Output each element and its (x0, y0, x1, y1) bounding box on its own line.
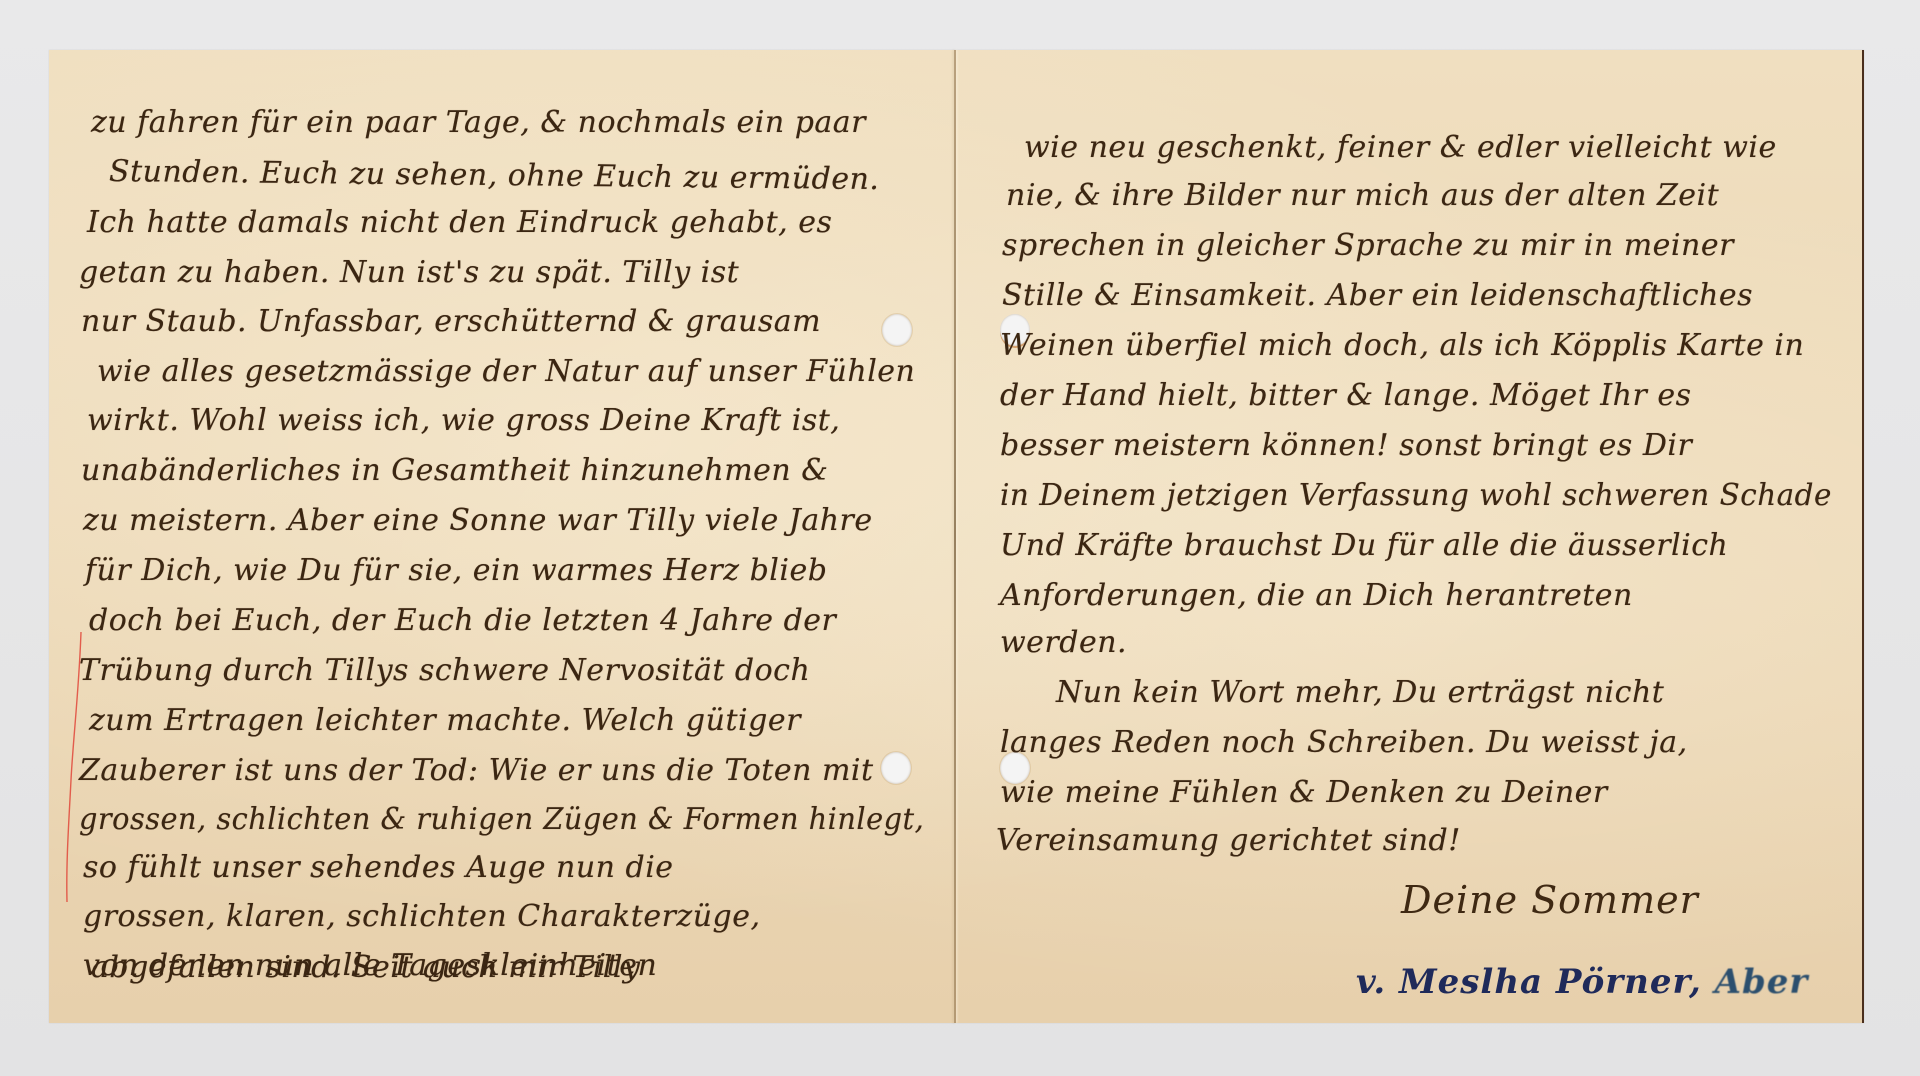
annotation-text: v. Meslha Pörner, (1356, 962, 1702, 1002)
handwritten-line: Und Kräfte brauchst Du für alle die äuss… (1000, 528, 1728, 563)
handwritten-line: doch bei Euch, der Euch die letzten 4 Ja… (89, 603, 836, 638)
handwritten-line: grossen, klaren, schlichten Charakterzüg… (83, 899, 761, 934)
handwritten-line: Nun kein Wort mehr, Du erträgst nicht (1056, 675, 1664, 710)
handwritten-line: der Hand hielt, bitter & lange. Möget Ih… (1000, 378, 1691, 413)
handwritten-line: abgefallen sind. Seit auch mir Tilly (91, 950, 640, 985)
handwritten-line: Stunden. Euch zu sehen, ohne Euch zu erm… (109, 154, 880, 197)
handwritten-line: sprechen in gleicher Sprache zu mir in m… (1002, 228, 1734, 263)
handwritten-line: Anforderungen, die an Dich herantreten (1000, 578, 1633, 613)
handwritten-line: Vereinsamung gerichtet sind! (996, 823, 1461, 858)
handwritten-line: grossen, schlichten & ruhigen Zügen & Fo… (79, 802, 924, 837)
handwritten-line: zum Ertragen leichter machte. Welch güti… (89, 703, 801, 738)
handwritten-line: wie alles gesetzmässige der Natur auf un… (97, 354, 915, 389)
handwritten-line: werden. (1000, 625, 1127, 660)
handwritten-line: Trübung durch Tillys schwere Nervosität … (79, 653, 810, 688)
handwritten-line: besser meistern können! sonst bringt es … (1000, 428, 1692, 463)
handwritten-line: wie meine Fühlen & Denken zu Deiner (1000, 775, 1608, 810)
handwritten-line: so fühlt unser sehendes Auge nun die (83, 850, 674, 885)
handwritten-line: für Dich, wie Du für sie, ein warmes Her… (85, 553, 827, 588)
handwritten-line: Ich hatte damals nicht den Eindruck geha… (87, 205, 832, 240)
handwritten-line: zu fahren für ein paar Tage, & nochmals … (91, 105, 911, 140)
letter-signature: Deine Sommer (1401, 878, 1699, 922)
handwritten-line: unabänderliches in Gesamtheit hinzunehme… (81, 453, 828, 488)
blue-ink-annotation: v. Meslha Pörner, Aber (1356, 962, 1808, 1002)
right-page: wie neu geschenkt, feiner & edler vielle… (956, 50, 1862, 1023)
handwritten-line: nie, & ihre Bilder nur mich aus der alte… (1006, 178, 1719, 213)
handwritten-line: in Deinem jetzigen Verfassung wohl schwe… (1000, 478, 1832, 513)
handwritten-line: wie neu geschenkt, feiner & edler vielle… (1024, 130, 1777, 165)
handwritten-line: Weinen überfiel mich doch, als ich Köppl… (1000, 328, 1804, 363)
handwritten-line: langes Reden noch Schreiben. Du weisst j… (1000, 725, 1688, 760)
left-page: zu fahren für ein paar Tage, & nochmals … (49, 50, 954, 1023)
handwritten-line: wirkt. Wohl weiss ich, wie gross Deine K… (87, 403, 840, 438)
scan-background: zu fahren für ein paar Tage, & nochmals … (0, 0, 1920, 1076)
handwritten-line: getan zu haben. Nun ist's zu spät. Tilly… (79, 255, 739, 290)
handwritten-line: zu meistern. Aber eine Sonne war Tilly v… (83, 503, 873, 538)
handwritten-line: Stille & Einsamkeit. Aber ein leidenscha… (1002, 278, 1753, 313)
letter-sheet: zu fahren für ein paar Tage, & nochmals … (49, 50, 1864, 1023)
handwritten-line: nur Staub. Unfassbar, erschütternd & gra… (81, 304, 821, 339)
annotation-smudged-word: Aber (1715, 962, 1809, 1002)
handwritten-line: Zauberer ist uns der Tod: Wie er uns die… (79, 753, 874, 788)
